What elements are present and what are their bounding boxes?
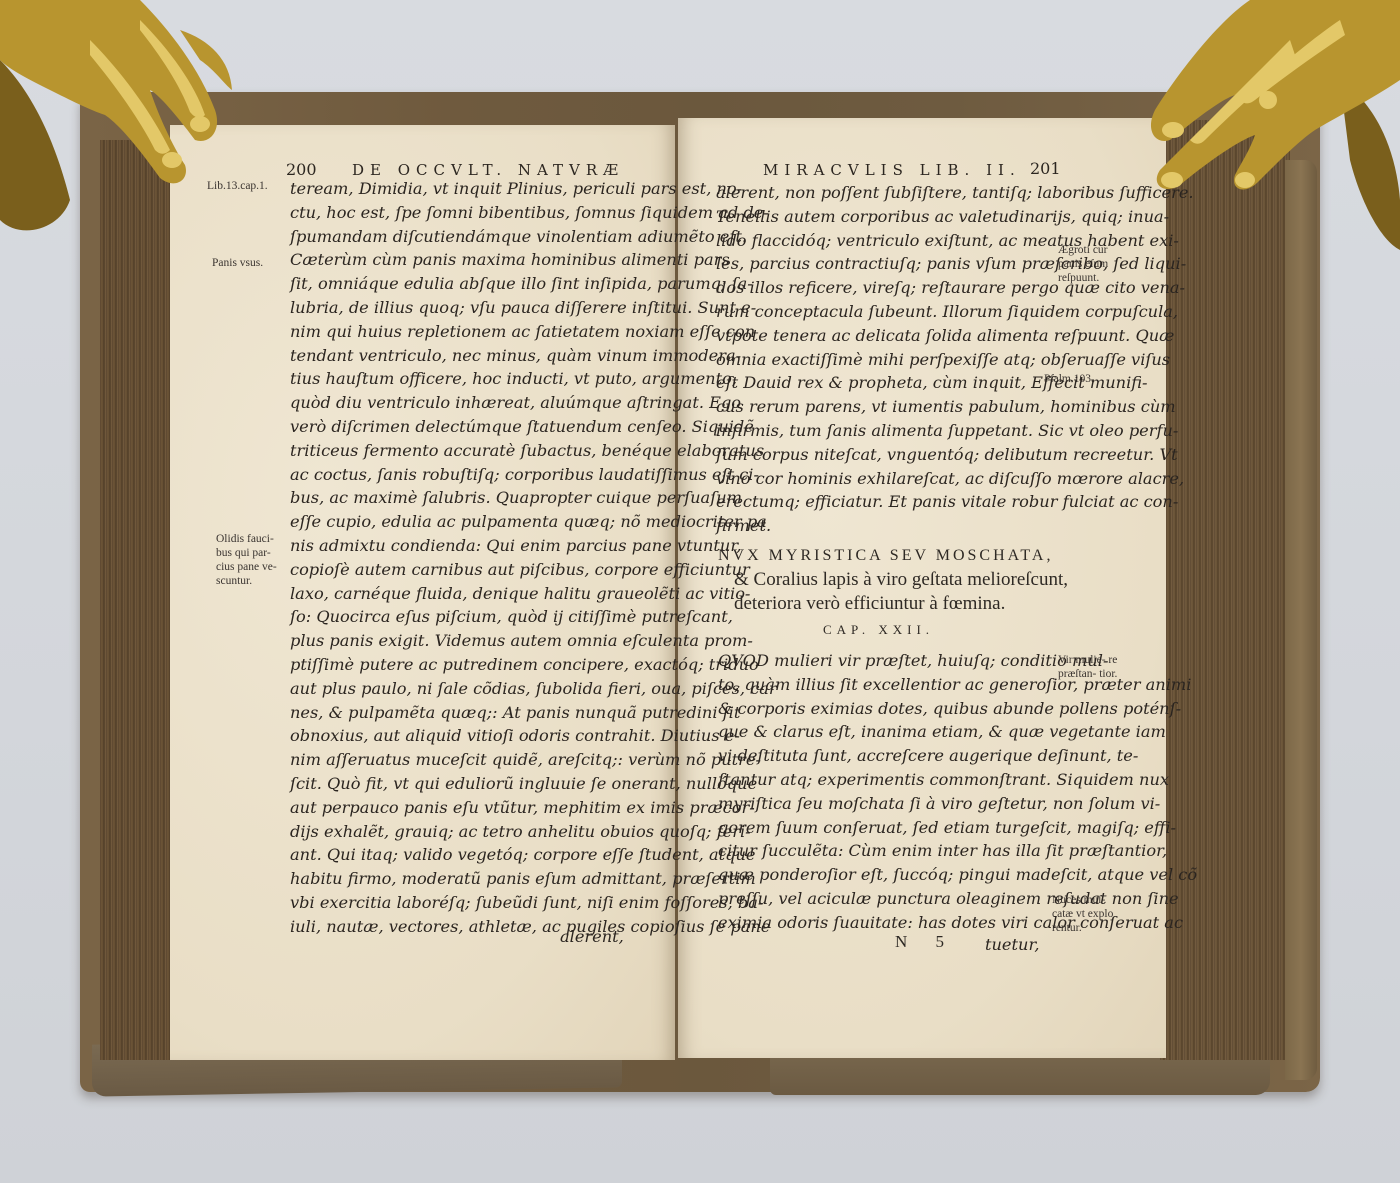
text-line: rum conceptacula ſubeunt. Illorum ſiquid… [716, 300, 1056, 324]
cover-board-right [1285, 160, 1317, 1080]
text-line: citur ſucculẽta: Cùm enim inter has illa… [718, 839, 1058, 863]
text-line: quæ ponderoſior eſt, ſuccóq; pingui made… [718, 863, 1058, 887]
page-edges-left [100, 140, 180, 1060]
chapter-number: CAP. XXII. [823, 622, 934, 638]
text-line: nis admixtu condienda: Qui enim parcius … [290, 534, 640, 558]
text-line: cus rerum parens, vt iumentis pabulum, h… [716, 395, 1056, 419]
text-line: eximia odoris ſuauitate: has dotes viri … [718, 911, 1058, 935]
text-line: myriſtica ſeu moſchata ſi à viro geſtetu… [718, 792, 1058, 816]
text-line: quòd diu ventriculo inhæreat, aluúmque a… [290, 391, 640, 415]
text-line: lido flaccidóq; ventriculo exiſtunt, ac … [716, 229, 1056, 253]
text-line: vbi exercitia laboréſq; ſubeũdi ſunt, ni… [290, 891, 640, 915]
text-line: ptiſſimè putere ac putredinem concipere,… [290, 653, 640, 677]
chapter-body-text: QVOD mulieri vir præſtet, huiuſq; condit… [718, 649, 1058, 935]
chapter-heading-line-2: & Coralius lapis à viro geſtata melioreſ… [718, 568, 1068, 592]
text-line: to, quàm illius ſit excellentior ac gene… [718, 673, 1058, 697]
left-body-text: teream, Dimidia, vt inquit Plinius, peri… [290, 177, 640, 939]
brass-hand-clip-right-icon [1140, 0, 1400, 250]
text-line: & corporis eximias dotes, quibus abunde … [718, 697, 1058, 721]
text-line: alerent, non poſſent ſubſiſtere, tantiſq… [716, 181, 1056, 205]
text-line: ſtantur atq; experimentis commonſtrant. … [718, 768, 1058, 792]
text-line: bus, ac maximè ſalubris. Quapropter cuiq… [290, 486, 640, 510]
text-line: triticeus fermento accuratè ſubactus, be… [290, 439, 640, 463]
text-line: laxo, carnéque fluida, denique halitu gr… [290, 582, 640, 606]
text-line: vtpote tenera ac delicata ſolida aliment… [716, 324, 1056, 348]
right-running-head: MIRACVLIS LIB. II. [763, 161, 1021, 179]
text-line: que & clarus eſt, inanima etiam, & quæ v… [718, 720, 1058, 744]
text-line: ant. Qui itaq; valido vegetóq; corpore e… [290, 843, 640, 867]
text-line: teream, Dimidia, vt inquit Plinius, peri… [290, 177, 640, 201]
text-line: eſt Dauid rex & propheta, cùm inquit, Ef… [716, 371, 1056, 395]
left-catchword: alerent, [560, 925, 624, 949]
right-folio: 201 [1030, 159, 1061, 178]
text-line: habitu firmo, moderatũ panis eſum admitt… [290, 867, 640, 891]
text-line: ſum corpus niteſcat, vnguentóq; delibutu… [716, 443, 1056, 467]
brass-hand-clip-left-icon [0, 0, 240, 240]
chapter-heading-line-1: NVX MYRISTICA SEV MOSCHATA, [718, 544, 1068, 568]
text-line: nim aſſeruatus muceſcit quidẽ, areſcitq;… [290, 748, 640, 772]
text-line: tendant ventriculo, nec minus, quàm vinu… [290, 344, 640, 368]
left-marginal-note-3: Olidis fauci- bus qui par- cius pane ve-… [216, 532, 288, 588]
right-body-text: alerent, non poſſent ſubſiſtere, tantiſq… [716, 181, 1056, 538]
left-marginal-note-2: Panis vsus. [212, 256, 263, 270]
text-line: nes, & pulpamẽta quæq;: At panis nunquã … [290, 701, 640, 725]
text-line: vi deſtituta ſunt, accreſcere augerique … [718, 744, 1058, 768]
text-line: erectumq; efficiatur. Et panis vitale ro… [716, 490, 1056, 514]
text-line: infirmis, tum ſanis alimenta ſuppetant. … [716, 419, 1056, 443]
text-line: les, parcius contractiuſq; panis vſum pr… [716, 252, 1056, 276]
text-line: nim qui huius repletionem ac ſatietatem … [290, 320, 640, 344]
text-line: ac coctus, ſanis robuſtiſq; corporibus l… [290, 463, 640, 487]
signature-mark: N 5 [895, 932, 956, 952]
text-line: QVOD mulieri vir præſtet, huiuſq; condit… [718, 649, 1058, 673]
book-photo-scene: 200 DE OCCVLT. NATVRÆ Lib.13.cap.1. Pani… [0, 0, 1400, 1183]
text-line: tius hauſtum officere, hoc inducti, vt p… [290, 367, 640, 391]
text-line: copioſè autem carnibus aut piſcibus, cor… [290, 558, 640, 582]
text-line: firmet. [716, 514, 1056, 538]
text-line: aut plus paulo, ni ſale cõdias, ſubolida… [290, 677, 640, 701]
text-line: ſcit. Quò fit, vt qui eduliorũ ingluuie … [290, 772, 640, 796]
text-line: omnia exactiſſimè mihi perſpexiſſe atq; … [716, 348, 1056, 372]
text-line: gorem ſuum conſeruat, ſed etiam turgeſci… [718, 816, 1058, 840]
text-line: dos illos reficere, vireſq; reſtaurare p… [716, 276, 1056, 300]
text-line: ſpumandam diſcutiendámque vinolentiam ad… [290, 225, 640, 249]
text-line: aut perpauco panis eſu vtũtur, mephitim … [290, 796, 640, 820]
chapter-heading: NVX MYRISTICA SEV MOSCHATA, & Coralius l… [718, 544, 1068, 616]
right-catchword: tuetur, [985, 933, 1040, 957]
text-line: vino cor hominis exhilareſcat, ac diſcuſ… [716, 467, 1056, 491]
text-line: Tenellis autem corporibus ac valetudinar… [716, 205, 1056, 229]
text-line: ſit, omniáque edulia abſque illo ſint in… [290, 272, 640, 296]
text-line: dijs exhalẽt, grauiq; ac tetro anhelitu … [290, 820, 640, 844]
text-line: lubria, de illius quoq; vſu pauca diſſer… [290, 296, 640, 320]
text-line: obnoxius, aut aliquid vitioſi odoris con… [290, 724, 640, 748]
text-line: verò diſcrimen delectúmque ſtatuendum ce… [290, 415, 640, 439]
text-line: ctu, hoc est, ſpe ſomni bibentibus, ſomn… [290, 201, 640, 225]
text-line: preſſu, vel aciculæ punctura oleaginem r… [718, 887, 1058, 911]
chapter-heading-line-3: deteriora verò efficiuntur à fœmina. [718, 592, 1068, 616]
text-line: Cæterùm cùm panis maxima hominibus alime… [290, 248, 640, 272]
text-line: plus panis exigit. Videmus autem omnia e… [290, 629, 640, 653]
text-line: eſſe cupio, edulia ac pulpamenta quæq; n… [290, 510, 640, 534]
text-line: ſo: Quocirca eſus piſcium, quòd ij citiſ… [290, 605, 640, 629]
